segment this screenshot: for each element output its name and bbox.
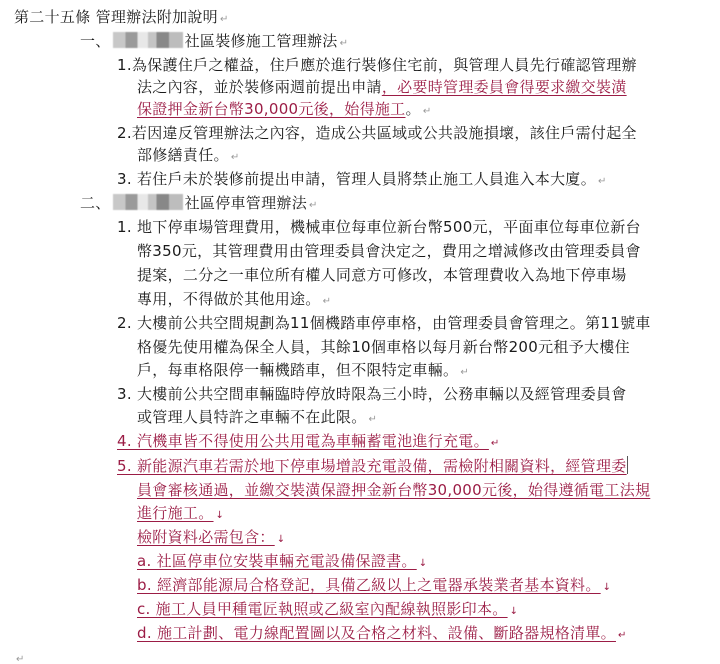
renovation-item-2-line-2: 部修繕責任。↵	[137, 144, 240, 169]
parking-item-2-line-3: 戶，每車格限停一輛機踏車，但不限特定車輛。↵	[137, 359, 469, 384]
item-text: 專用，不得做於其他用途。	[137, 290, 321, 308]
revision-text: d. 施工計劃、電力線配置圖以及合格之材料、設備、斷路器規格清單。	[137, 624, 616, 642]
renovation-item-2-line-1: 2.若因違反管理辦法之內容，造成公共區域或公共設施損壞，該住戶需付起全	[117, 122, 637, 144]
section-heading-text: 社區停車管理辦法	[185, 194, 307, 212]
section-heading-parking: 二、社區停車管理辦法↵	[80, 192, 318, 217]
item-number: 1.	[117, 56, 132, 74]
redacted-community-name	[113, 194, 183, 210]
item-number: 1.	[117, 218, 132, 236]
revision-text: c. 施工人員甲種電匠執照或乙級室內配線執照影印本。	[137, 600, 508, 618]
attachment-item-a: a. 社區停車位安裝車輛充電設備保證書。↓	[137, 550, 427, 575]
parking-item-4: 4. 汽機車皆不得使用公共用電為車輛蓄電池進行充電。↵	[117, 430, 500, 455]
item-text: 法之內容，並於裝修兩週前提出申請	[137, 78, 382, 96]
line-break-mark-icon: ↓	[603, 582, 612, 593]
paragraph-mark-icon: ↵	[323, 296, 332, 307]
text-cursor	[627, 456, 628, 474]
item-number: 3.	[117, 385, 132, 403]
item-text: 或管理人員特許之車輛不在此限。	[137, 408, 367, 426]
revision-text: 檢附資料必需包含：	[137, 528, 275, 546]
parking-item-5-line-3: 進行施工。↓	[137, 502, 224, 527]
empty-paragraph: ↵	[14, 646, 25, 664]
line-break-mark-icon: ↓	[216, 510, 225, 521]
revision-text: ，必要時管理委員會得要求繳交裝潢	[382, 78, 627, 96]
item-text: 提案，二分之一車位所有權人同意方可修改，本管理費收入為地下停車場	[137, 266, 627, 284]
article-title-text: 第二十五條 管理辦法附加說明	[14, 8, 218, 26]
item-text: 為保護住戶之權益，住戶應於進行裝修住宅前，與管理人員先行確認管理辦	[132, 56, 637, 74]
redacted-community-name	[113, 32, 183, 48]
item-text: 地下停車場管理費用，機械車位每車位新台幣500元，平面車位每車位新台	[137, 218, 641, 236]
paragraph-mark-icon: ↵	[231, 152, 240, 163]
item-text: 若住戶未於裝修前提出申請，管理人員將禁止施工人員進入本大廈。	[137, 170, 596, 188]
section-number: 一、	[80, 32, 111, 50]
attachment-item-d: d. 施工計劃、電力線配置圖以及合格之材料、設備、斷路器規格清單。↵	[137, 622, 627, 647]
item-text: 幣350元，其管理費用由管理委員會決定之，費用之增減修改由管理委員會	[137, 242, 641, 260]
paragraph-mark-icon: ↵	[16, 654, 25, 664]
revision-text: 4. 汽機車皆不得使用公共用電為車輛蓄電池進行充電。	[117, 432, 489, 450]
renovation-item-1-line-1: 1.為保護住戶之權益，住戶應於進行裝修住宅前，與管理人員先行確認管理辦	[117, 54, 637, 76]
renovation-item-3: 3. 若住戶未於裝修前提出申請，管理人員將禁止施工人員進入本大廈。↵	[117, 168, 607, 193]
item-text: 格優先使用權為保全人員，其餘10個車格以每月新台幣200元租予大樓住	[137, 338, 630, 356]
paragraph-mark-icon: ↵	[423, 106, 432, 117]
revision-text: b. 經濟部能源局合格登記，具備乙級以上之電器承裝業者基本資料。	[137, 576, 601, 594]
document-page: 第二十五條 管理辦法附加說明↵ 一、社區裝修施工管理辦法↵ 1.為保護住戶之權益…	[0, 0, 720, 664]
line-break-mark-icon: ↓	[277, 534, 286, 545]
paragraph-mark-icon: ↵	[340, 38, 349, 49]
renovation-item-1-line-3: 保證押金新台幣30,000元後，始得施工。↵	[137, 98, 432, 123]
attachments-heading: 檢附資料必需包含：↓	[137, 526, 285, 551]
paragraph-mark-icon: ↵	[491, 438, 500, 449]
item-text: 。	[406, 100, 421, 118]
parking-item-3-line-1: 3. 大樓前公共空間車輛臨時停放時限為三小時，公務車輛以及經管理委員會	[117, 383, 627, 405]
parking-item-5-line-1: 5. 新能源汽車若需於地下停車場增設充電設備，需檢附相關資料，經管理委	[117, 455, 628, 477]
item-number: 2.	[117, 314, 132, 332]
revision-text: 5. 新能源汽車若需於地下停車場增設充電設備，需檢附相關資料，經管理委	[117, 457, 627, 475]
section-heading-text: 社區裝修施工管理辦法	[185, 32, 338, 50]
item-text: 部修繕責任。	[137, 146, 229, 164]
paragraph-mark-icon: ↵	[618, 630, 627, 641]
revision-text: 保證押金新台幣30,000元後，始得施工	[137, 100, 406, 118]
parking-item-5-line-2: 員會審核通過，並繳交裝潢保證押金新台幣30,000元後，始得遵循電工法規	[137, 479, 650, 501]
item-number: 2.	[117, 124, 132, 142]
paragraph-mark-icon: ↵	[369, 414, 378, 425]
paragraph-mark-icon: ↵	[309, 200, 318, 211]
paragraph-mark-icon: ↵	[460, 367, 469, 378]
parking-item-2-line-2: 格優先使用權為保全人員，其餘10個車格以每月新台幣200元租予大樓住	[137, 336, 630, 358]
parking-item-3-line-2: 或管理人員特許之車輛不在此限。↵	[137, 406, 377, 431]
revision-text: 進行施工。	[137, 504, 214, 522]
item-number: 3.	[117, 170, 132, 188]
item-text: 若因違反管理辦法之內容，造成公共區域或公共設施損壞，該住戶需付起全	[132, 124, 637, 142]
section-number: 二、	[80, 194, 111, 212]
article-title: 第二十五條 管理辦法附加說明↵	[14, 6, 229, 31]
revision-text: 員會審核通過，並繳交裝潢保證押金新台幣30,000元後，始得遵循電工法規	[137, 481, 650, 499]
item-text: 大樓前公共空間車輛臨時停放時限為三小時，公務車輛以及經管理委員會	[137, 385, 627, 403]
parking-item-1-line-2: 幣350元，其管理費用由管理委員會決定之，費用之增減修改由管理委員會	[137, 240, 641, 262]
section-heading-renovation: 一、社區裝修施工管理辦法↵	[80, 30, 348, 55]
line-break-mark-icon: ↓	[419, 558, 428, 569]
attachment-item-b: b. 經濟部能源局合格登記，具備乙級以上之電器承裝業者基本資料。↓	[137, 574, 611, 599]
parking-item-1-line-1: 1. 地下停車場管理費用，機械車位每車位新台幣500元，平面車位每車位新台	[117, 216, 641, 238]
attachment-item-c: c. 施工人員甲種電匠執照或乙級室內配線執照影印本。↓	[137, 598, 518, 623]
paragraph-mark-icon: ↵	[598, 176, 607, 187]
item-text: 大樓前公共空間規劃為11個機踏車停車格，由管理委員會管理之。第11號車	[137, 314, 651, 332]
paragraph-mark-icon: ↵	[220, 14, 229, 25]
item-text: 戶，每車格限停一輛機踏車，但不限特定車輛。	[137, 361, 458, 379]
parking-item-2-line-1: 2. 大樓前公共空間規劃為11個機踏車停車格，由管理委員會管理之。第11號車	[117, 312, 651, 334]
renovation-item-1-line-2: 法之內容，並於裝修兩週前提出申請，必要時管理委員會得要求繳交裝潢	[137, 76, 627, 98]
parking-item-1-line-4: 專用，不得做於其他用途。↵	[137, 288, 331, 313]
line-break-mark-icon: ↓	[510, 606, 519, 617]
revision-text: a. 社區停車位安裝車輛充電設備保證書。	[137, 552, 417, 570]
parking-item-1-line-3: 提案，二分之一車位所有權人同意方可修改，本管理費收入為地下停車場	[137, 264, 627, 286]
